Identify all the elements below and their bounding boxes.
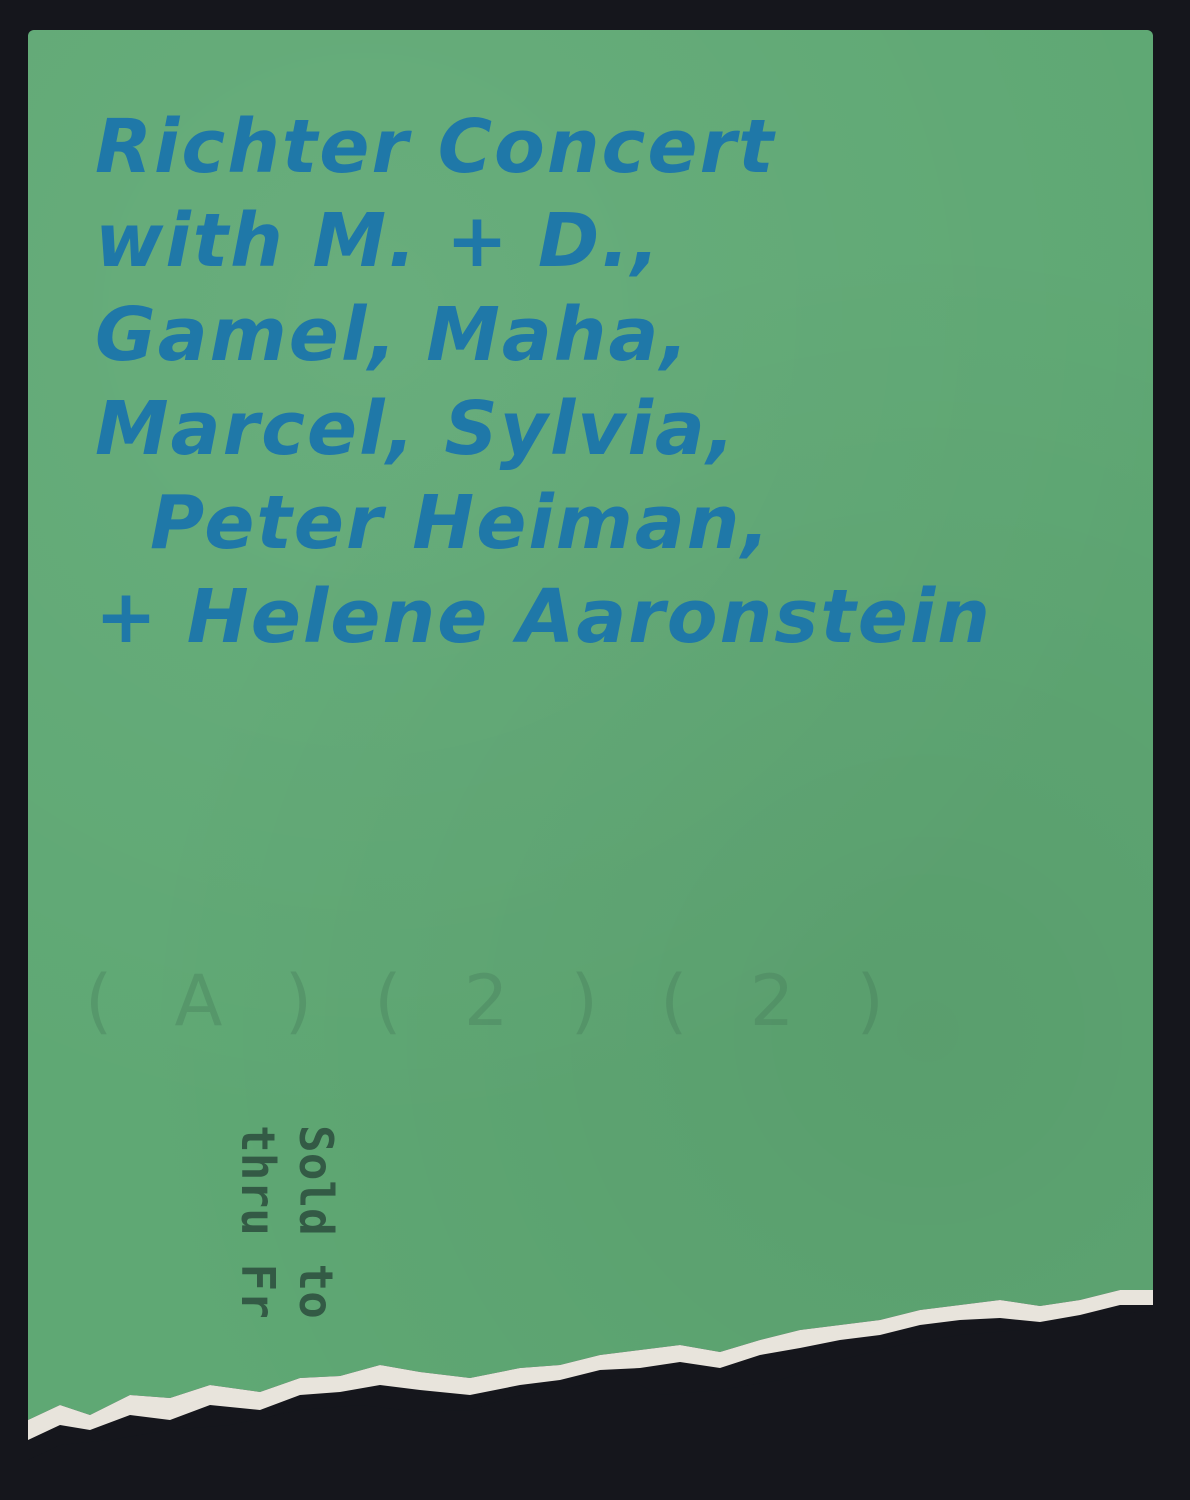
note-line: Marcel, Sylvia, bbox=[95, 382, 992, 476]
sold-stamp: Sold to thru Fr bbox=[229, 1125, 345, 1319]
note-line: Richter Concert bbox=[95, 100, 992, 194]
note-line: with M. + D., bbox=[95, 194, 992, 288]
stamp-line: Sold to bbox=[287, 1125, 345, 1319]
note-line: Peter Heiman, bbox=[95, 476, 992, 570]
note-line: Gamel, Maha, bbox=[95, 288, 992, 382]
stamp-line: thru Fr bbox=[229, 1125, 287, 1319]
handwritten-note: Richter Concert with M. + D., Gamel, Mah… bbox=[95, 100, 992, 664]
note-line: + Helene Aaronstein bbox=[95, 570, 992, 664]
faint-print: ( A ) ( 2 ) ( 2 ) bbox=[85, 960, 904, 1042]
